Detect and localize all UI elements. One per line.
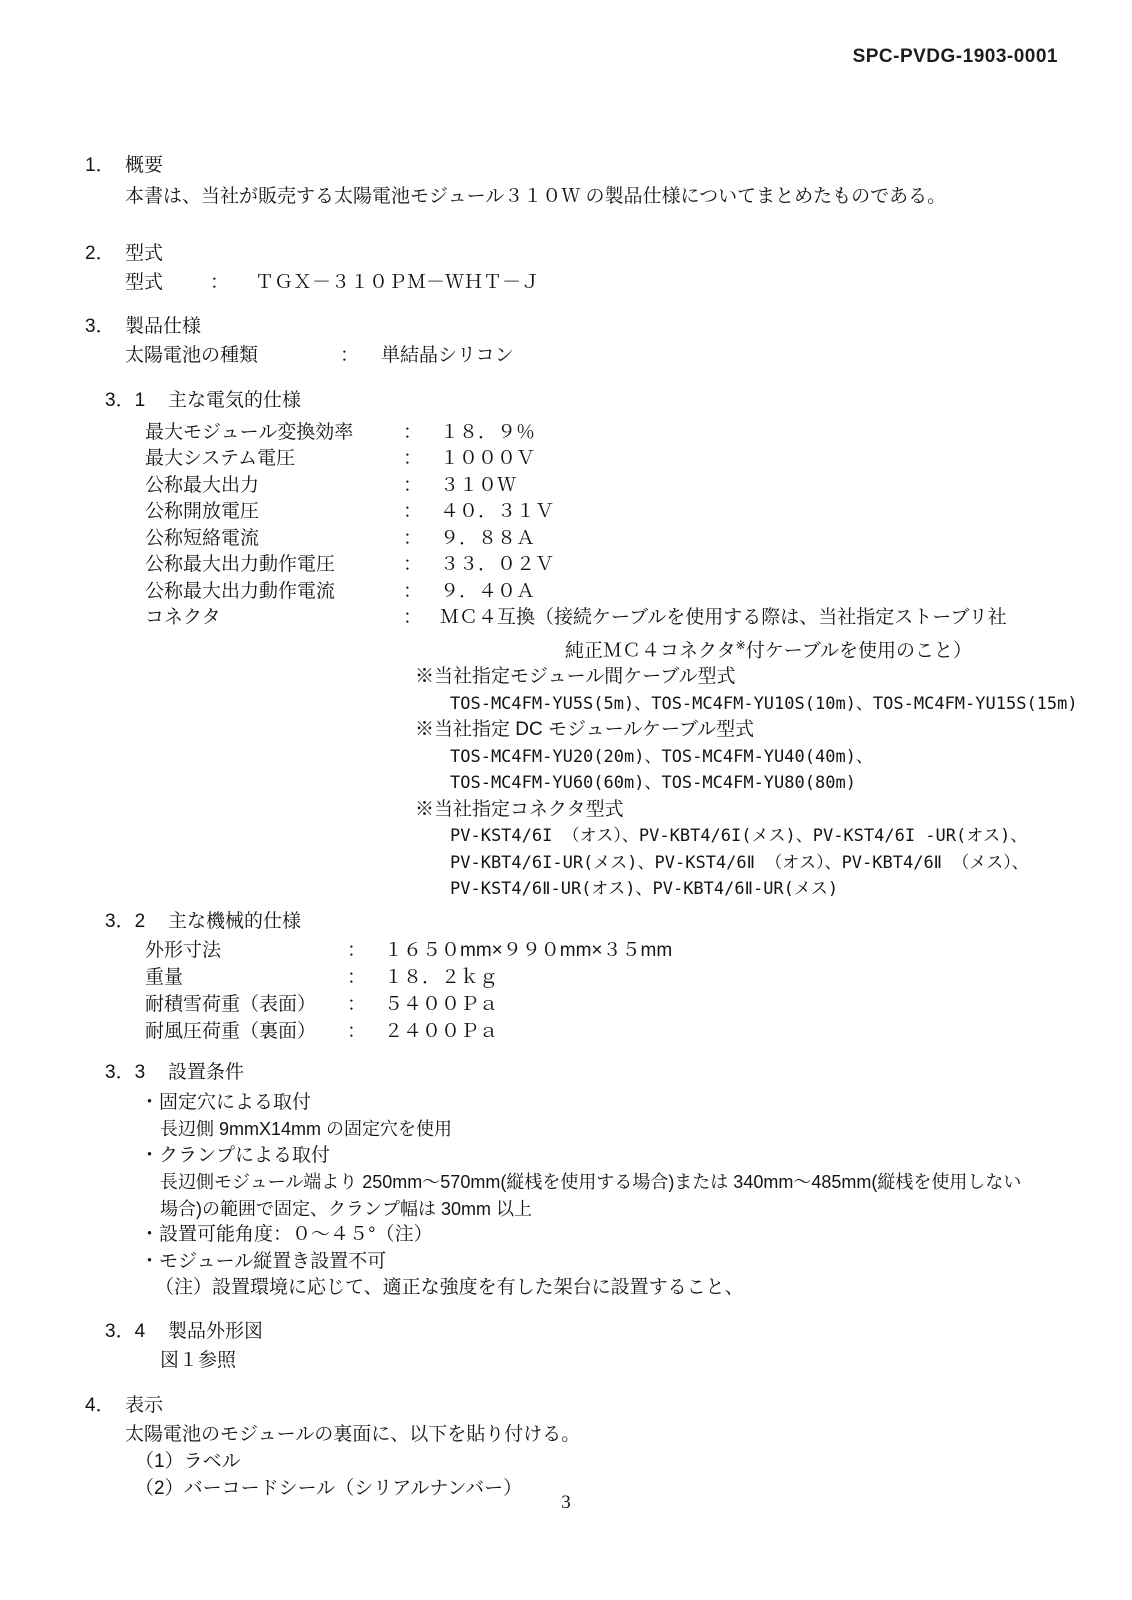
page-number: 3: [0, 1492, 1132, 1514]
section-3-1-title: 主な電気的仕様: [168, 390, 301, 411]
note-intermodule-cable-heading: ※当社指定モジュール間ケーブル型式: [0, 664, 1132, 691]
spec-value: １０００Ｖ: [440, 448, 535, 469]
spec-value: １６５０mm×９９０mm×３５mm: [384, 940, 672, 961]
spec-row-max-system-voltage: 最大システム電圧：１０００Ｖ: [0, 446, 1132, 473]
spec-label: 公称最大出力動作電圧: [145, 552, 403, 579]
spec-colon: ：: [347, 994, 366, 1015]
spec-row-short-circuit-current: 公称短絡電流：９．８８Ａ: [0, 526, 1132, 553]
section-3-2-number: 3．2: [105, 908, 168, 935]
electrical-rows: 最大モジュール変換効率：１８．９％ 最大システム電圧：１０００Ｖ 公称最大出力：…: [0, 420, 1132, 903]
note-connector-models-3: PV-KST4/6Ⅱ-UR(オス)、PV-KBT4/6Ⅱ-UR(メス): [0, 876, 1132, 903]
spec-row-snow-load: 耐積雪荷重（表面）：５４００Ｐａ: [0, 991, 1132, 1018]
spec-value: ４０．３１Ｖ: [440, 501, 554, 522]
spec-value: ９．８８Ａ: [440, 528, 535, 549]
spec-colon: ：: [403, 422, 422, 443]
section-4-title: 表示: [125, 1395, 163, 1416]
installation-note: （注）設置環境に応じて、適正な強度を有した架台に設置すること、: [0, 1275, 1132, 1302]
spec-colon: ：: [403, 501, 422, 522]
cell-type-colon: ：: [340, 345, 359, 366]
section-4-body: 太陽電池のモジュールの裏面に、以下を貼り付ける。: [0, 1421, 1132, 1448]
note-dc-cable-models-1: TOS-MC4FM-YU20(20m)、TOS-MC4FM-YU40(40m)、: [0, 744, 1132, 771]
spec-row-weight: 重量：１８．２ｋｇ: [0, 964, 1132, 991]
bullet-clamp-detail-1: 長辺側モジュール端より 250mm～570mm(縦桟を使用する場合)または 34…: [0, 1169, 1132, 1196]
section-3-4-heading: 3．4製品外形図: [0, 1318, 1132, 1345]
spec-row-max-power-voltage: 公称最大出力動作電圧：３３．０２Ｖ: [0, 552, 1132, 579]
spec-value: ２４００Ｐａ: [384, 1021, 498, 1042]
model-value: ＴＧＸ－３１０ＰＭ－ＷＨＴ－Ｊ: [255, 272, 540, 293]
spec-value: ９．４０Ａ: [440, 581, 535, 602]
section-3-3-title: 設置条件: [168, 1062, 244, 1083]
spec-colon: ：: [403, 607, 422, 628]
note-intermodule-cable-models: TOS-MC4FM-YU5S(5m)、TOS-MC4FM-YU10S(10m)、…: [0, 691, 1132, 718]
spec-value: １８．２ｋｇ: [384, 967, 498, 988]
spec-value: ３１０Ｗ: [440, 475, 516, 496]
mechanical-rows: 外形寸法：１６５０mm×９９０mm×３５mm 重量：１８．２ｋｇ 耐積雪荷重（表…: [0, 937, 1132, 1045]
connector-value-line1: ＭＣ４互換（接続ケーブルを使用する際は、当社指定ストーブリ社: [440, 607, 1007, 628]
section-2-number: 2．: [85, 240, 125, 267]
note-connector-heading: ※当社指定コネクタ型式: [0, 797, 1132, 824]
spec-colon: ：: [403, 581, 422, 602]
section-4-number: 4．: [85, 1392, 125, 1419]
spec-colon: ：: [347, 967, 366, 988]
spec-colon: ：: [403, 475, 422, 496]
cell-type-row: 太陽電池の種類：単結晶シリコン: [0, 342, 1132, 369]
section-3-1-heading: 3．1主な電気的仕様: [0, 388, 1132, 415]
spec-colon: ：: [403, 554, 422, 575]
section-4-heading: 4．表示: [0, 1392, 1132, 1419]
section-3-number: 3．: [85, 313, 125, 340]
section-3-2-heading: 3．2主な機械的仕様: [0, 908, 1132, 935]
bullet-no-vertical: ・モジュール縦置き設置不可: [0, 1249, 1132, 1276]
spec-label: コネクタ: [145, 605, 403, 632]
section-3-1-number: 3．1: [105, 388, 168, 415]
cell-type-value: 単結晶シリコン: [381, 345, 514, 366]
connector-line2-pre: 純正ＭＣ４コネクタ: [565, 640, 736, 661]
spec-label: 耐積雪荷重（表面）: [145, 991, 347, 1018]
section-3-specs: 3．製品仕様 太陽電池の種類：単結晶シリコン: [0, 313, 1132, 369]
bullet-clamp-detail-2: 場合)の範囲で固定、クランプ幅は 30mm 以上: [0, 1196, 1132, 1223]
spec-label: 最大システム電圧: [145, 446, 403, 473]
spec-label: 公称短絡電流: [145, 526, 403, 553]
section-1-overview: 1．概要 本書は、当社が販売する太陽電池モジュール３１０Ｗ の製品仕様についてま…: [0, 152, 1132, 210]
section-4-labeling: 4．表示 太陽電池のモジュールの裏面に、以下を貼り付ける。 （1）ラベル （2）…: [0, 1392, 1132, 1502]
connector-line2-post: 付ケーブルを使用のこと）: [746, 640, 972, 661]
section-3-4-title: 製品外形図: [168, 1321, 263, 1342]
spec-value: １８．９％: [440, 422, 535, 443]
spec-label: 重量: [145, 964, 347, 991]
note-dc-cable-models-2: TOS-MC4FM-YU60(60m)、TOS-MC4FM-YU80(80m): [0, 770, 1132, 797]
spec-colon: ：: [347, 1021, 366, 1042]
section-3-heading: 3．製品仕様: [0, 313, 1132, 340]
bullet-tilt-angle: ・設置可能角度：０～４５°（注）: [0, 1222, 1132, 1249]
spec-label: 耐風圧荷重（裏面）: [145, 1018, 347, 1045]
spec-row-max-output: 公称最大出力：３１０Ｗ: [0, 473, 1132, 500]
document-page: SPC-PVDG-1903-0001 1．概要 本書は、当社が販売する太陽電池モ…: [0, 0, 1132, 1600]
spec-label: 最大モジュール変換効率: [145, 420, 403, 447]
spec-label: 公称最大出力: [145, 473, 403, 500]
model-label: 型式: [125, 269, 210, 296]
spec-row-efficiency: 最大モジュール変換効率：１８．９％: [0, 420, 1132, 447]
section-1-heading: 1．概要: [0, 152, 1132, 179]
section-2-title: 型式: [125, 243, 163, 264]
connector-value-line2: 純正ＭＣ４コネクタ※付ケーブルを使用のこと）: [0, 632, 1132, 665]
spec-row-wind-load: 耐風圧荷重（裏面）：２４００Ｐａ: [0, 1018, 1132, 1045]
spec-row-open-circuit-voltage: 公称開放電圧：４０．３１Ｖ: [0, 499, 1132, 526]
section-2-model: 2．型式 型式：ＴＧＸ－３１０ＰＭ－ＷＨＴ－Ｊ: [0, 240, 1132, 296]
spec-colon: ：: [403, 448, 422, 469]
section-3-2-title: 主な機械的仕様: [168, 911, 301, 932]
section-1-title: 概要: [125, 155, 163, 176]
section-3-2-mechanical: 3．2主な機械的仕様 外形寸法：１６５０mm×９９０mm×３５mm 重量：１８．…: [0, 908, 1132, 1045]
section-3-1-electrical: 3．1主な電気的仕様 最大モジュール変換効率：１８．９％ 最大システム電圧：１０…: [0, 388, 1132, 903]
note-connector-models-1: PV-KST4/6I （オス）、PV-KBT4/6I(メス)、PV-KST4/6…: [0, 823, 1132, 850]
model-colon: ：: [210, 272, 229, 293]
note-connector-models-2: PV-KBT4/6I-UR(メス)、PV-KST4/6Ⅱ （オス）、PV-KBT…: [0, 850, 1132, 877]
section-1-number: 1．: [85, 152, 125, 179]
bullet-fixing-holes: ・固定穴による取付: [0, 1090, 1132, 1117]
spec-label: 公称最大出力動作電流: [145, 579, 403, 606]
spec-row-dimensions: 外形寸法：１６５０mm×９９０mm×３５mm: [0, 937, 1132, 964]
section-3-3-heading: 3．3設置条件: [0, 1060, 1132, 1087]
document-reference-number: SPC-PVDG-1903-0001: [853, 46, 1058, 68]
spec-colon: ：: [347, 940, 366, 961]
cell-type-label: 太陽電池の種類: [125, 342, 340, 369]
section-3-4-outline-drawing: 3．4製品外形図 図１参照: [0, 1318, 1132, 1374]
label-item-1: （1）ラベル: [0, 1448, 1132, 1475]
spec-label: 外形寸法: [145, 937, 347, 964]
section-3-3-installation: 3．3設置条件 ・固定穴による取付 長辺側 9mmX14mm の固定穴を使用 ・…: [0, 1060, 1132, 1302]
spec-row-max-power-current: 公称最大出力動作電流：９．４０Ａ: [0, 579, 1132, 606]
spec-colon: ：: [403, 528, 422, 549]
section-3-4-number: 3．4: [105, 1318, 168, 1345]
section-3-4-body: 図１参照: [0, 1347, 1132, 1374]
spec-value: ３３．０２Ｖ: [440, 554, 554, 575]
model-row: 型式：ＴＧＸ－３１０ＰＭ－ＷＨＴ－Ｊ: [0, 269, 1132, 296]
spec-row-connector: コネクタ：ＭＣ４互換（接続ケーブルを使用する際は、当社指定ストーブリ社: [0, 605, 1132, 632]
installation-items: ・固定穴による取付 長辺側 9mmX14mm の固定穴を使用 ・クランプによる取…: [0, 1090, 1132, 1302]
spec-value: ５４００Ｐａ: [384, 994, 498, 1015]
section-1-body: 本書は、当社が販売する太陽電池モジュール３１０Ｗ の製品仕様についてまとめたもの…: [0, 183, 1132, 210]
section-3-title: 製品仕様: [125, 316, 201, 337]
reference-mark: ※: [736, 638, 746, 652]
bullet-fixing-holes-detail: 長辺側 9mmX14mm の固定穴を使用: [0, 1116, 1132, 1143]
note-dc-cable-heading: ※当社指定 DC モジュールケーブル型式: [0, 717, 1132, 744]
spec-label: 公称開放電圧: [145, 499, 403, 526]
bullet-clamp-mount: ・クランプによる取付: [0, 1143, 1132, 1170]
section-2-heading: 2．型式: [0, 240, 1132, 267]
section-3-3-number: 3．3: [105, 1060, 168, 1087]
